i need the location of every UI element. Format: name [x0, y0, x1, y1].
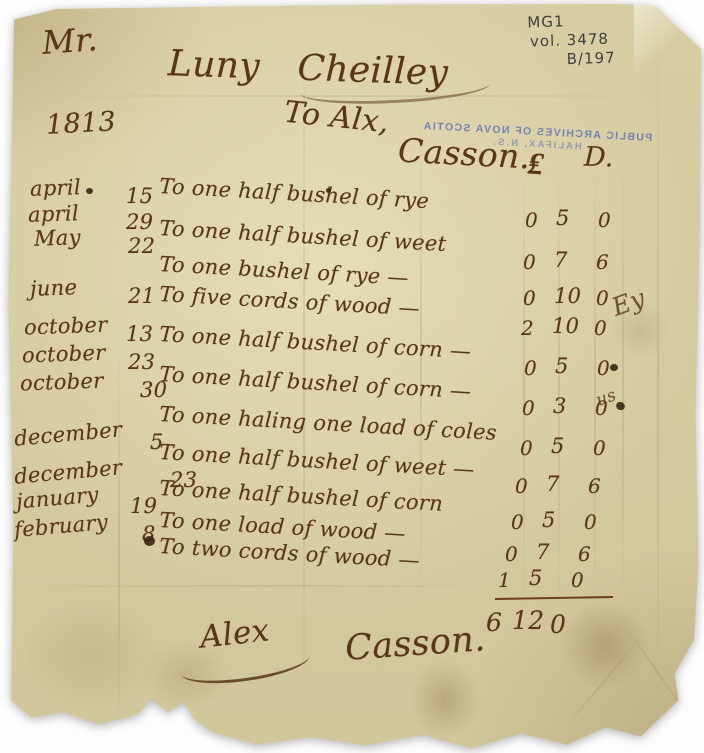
- entry-pounds: 0: [523, 250, 536, 274]
- entry-shillings: 5: [529, 566, 543, 590]
- entry-pence: 0: [594, 316, 607, 340]
- entry-pence: 0: [597, 356, 610, 380]
- entry-description: To one half bushel of corn —: [159, 322, 472, 363]
- signature-flourish: [178, 639, 311, 690]
- entry-month: october: [24, 313, 108, 340]
- crease-line: [10, 585, 510, 587]
- stain-smudge: [410, 660, 480, 740]
- entry-pence: 0: [571, 568, 584, 592]
- entry-day: 13: [126, 322, 153, 346]
- entry-description: To one half bushel of rye: [159, 174, 430, 213]
- entry-month: december: [13, 455, 123, 488]
- pounds-column-header: ₤: [527, 145, 545, 182]
- entry-month: april: [30, 175, 82, 201]
- entry-shillings: 5: [556, 206, 570, 230]
- entry-pence: 0: [584, 510, 597, 534]
- ink-blot: [86, 188, 93, 194]
- corner-fold: [634, 0, 704, 72]
- entry-pounds: 0: [511, 510, 524, 534]
- entry-month: june: [30, 275, 78, 301]
- entry-shillings: 10: [554, 284, 581, 308]
- entry-pounds: 0: [515, 474, 528, 498]
- document-scan: MG1 vol. 3478 B/197 PUBLIC ARCHIVES OF N…: [0, 0, 704, 753]
- debit-to-line2: Casson.: [397, 131, 531, 177]
- entry-shillings: 7: [546, 472, 560, 496]
- entry-pounds: 0: [522, 396, 535, 420]
- crease-line: [657, 10, 659, 730]
- entry-description: To one half bushel of corn —: [159, 362, 472, 403]
- entry-day: 23: [128, 350, 155, 374]
- crease-line: [622, 150, 624, 610]
- entry-day: 30: [140, 378, 167, 402]
- entry-description: To one half bushel of weet —: [159, 440, 476, 482]
- entry-month: october: [22, 341, 106, 368]
- total-pounds: 6: [486, 608, 502, 637]
- entry-pounds: 1: [498, 568, 511, 592]
- entry-pence: 6: [588, 474, 601, 498]
- entry-shillings: 5: [555, 354, 569, 378]
- ink-blot: [610, 364, 618, 371]
- ink-blot: [326, 188, 331, 193]
- entry-shillings: 10: [552, 314, 579, 338]
- sum-underline: [495, 596, 613, 600]
- ink-blot: [144, 536, 155, 546]
- entry-pounds: 0: [525, 208, 538, 232]
- entry-day: 21: [128, 284, 155, 308]
- paper-wrapper: MG1 vol. 3478 B/197 PUBLIC ARCHIVES OF N…: [0, 0, 704, 753]
- entry-pence: 6: [578, 542, 591, 566]
- entry-description: To one half bushel of weet: [159, 216, 447, 256]
- paper-sheet: MG1 vol. 3478 B/197 PUBLIC ARCHIVES OF N…: [0, 0, 704, 753]
- entry-shillings: 7: [554, 248, 568, 272]
- annotation-line: B/197: [566, 48, 616, 69]
- total-shillings: 12: [512, 606, 544, 635]
- ink-blot: [615, 400, 627, 411]
- entry-pence: 0: [598, 208, 611, 232]
- entry-pounds: 0: [505, 542, 518, 566]
- entry-shillings: 7: [536, 540, 550, 564]
- entry-month: october: [20, 369, 104, 396]
- entry-description: To one haling one load of coles: [159, 402, 498, 445]
- entry-day: 29: [126, 210, 153, 234]
- archive-reference-annotation: MG1 vol. 3478 B/197: [527, 10, 616, 70]
- salutation: Mr.: [41, 20, 99, 62]
- entry-day: 22: [128, 234, 155, 258]
- entry-day: 19: [130, 494, 157, 518]
- signature-last-name: Casson.: [344, 619, 487, 669]
- crease-line: [118, 330, 120, 750]
- entry-pounds: 2: [521, 316, 534, 340]
- entry-month: december: [13, 417, 123, 450]
- entry-shillings: 5: [542, 508, 556, 532]
- entry-shillings: 5: [551, 434, 565, 458]
- crease-line: [558, 635, 643, 736]
- entry-pence: 6: [596, 250, 609, 274]
- entry-pence: 0: [596, 286, 609, 310]
- year: 1813: [45, 106, 116, 141]
- entry-month: february: [13, 510, 109, 542]
- pence-column-header: D.: [583, 141, 614, 173]
- crease-line: [594, 150, 596, 620]
- entry-pounds: 0: [523, 286, 536, 310]
- entry-margin-mark: Ey: [608, 283, 649, 322]
- stain-smudge: [560, 600, 650, 690]
- bleedthrough-smudge: [20, 600, 160, 710]
- entry-month: May: [34, 225, 82, 251]
- entry-pence: 0: [593, 436, 606, 460]
- entry-pounds: 0: [520, 436, 533, 460]
- entry-month: april: [28, 201, 80, 227]
- entry-pounds: 0: [524, 356, 537, 380]
- total-pence: 0: [550, 610, 566, 639]
- entry-day: 15: [126, 184, 153, 208]
- entry-shillings: 3: [553, 394, 567, 418]
- crease-line: [615, 612, 697, 728]
